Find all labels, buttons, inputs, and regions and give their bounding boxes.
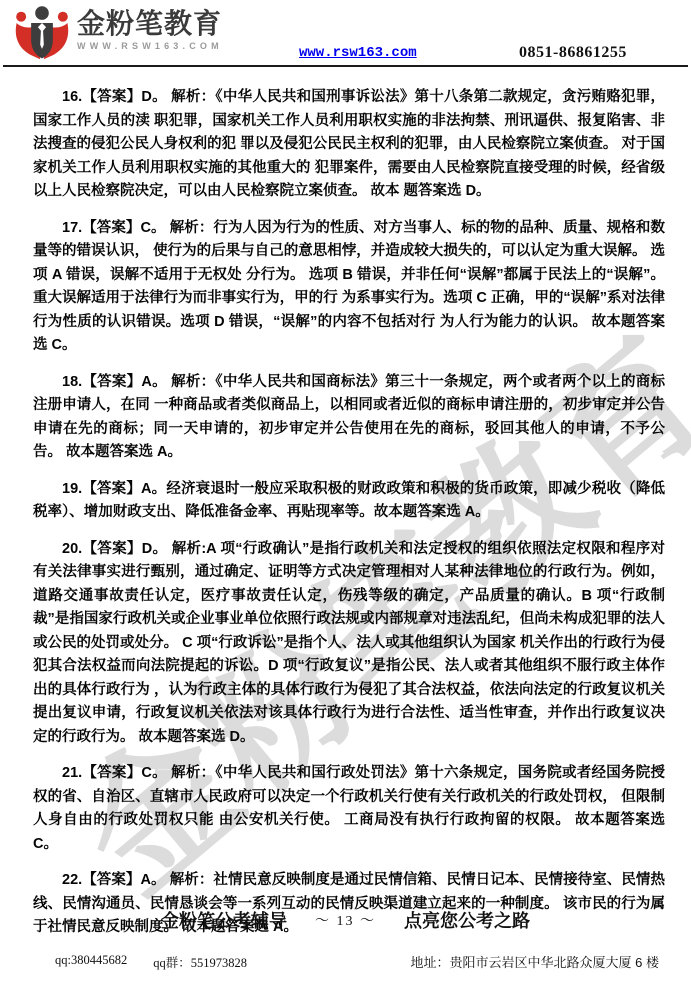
phone-number: 0851-86861255: [519, 44, 627, 62]
page-number: ～ 13 ～: [315, 910, 376, 930]
qq-group-number: qq群：551973828: [153, 953, 247, 971]
answer-paragraph-21: 21.【答案】C。 解析：《中华人民共和国行政处罚法》第十六条规定，国务院或者经…: [33, 762, 665, 856]
brand-logo: 金粉笔教育 WWW.RSW163.COM: [13, 5, 223, 61]
header-divider: [3, 65, 688, 67]
qq-number: qq:380445682: [55, 953, 127, 971]
answer-paragraph-16: 16.【答案】D。 解析：《中华人民共和国刑事诉讼法》第十八条第二款规定，贪污贿…: [33, 86, 665, 204]
answers-section: 16.【答案】D。 解析：《中华人民共和国刑事诉讼法》第十八条第二款规定，贪污贿…: [0, 86, 691, 953]
answer-paragraph-17: 17.【答案】C。 解析：行为人因为行为的性质、对方当事人、标的物的品种、质量、…: [33, 217, 665, 358]
answer-paragraph-19: 19.【答案】A。经济衰退时一般应采取积极的财政政策和积极的货币政策，即减少税收…: [33, 478, 665, 525]
brand-text-block: 金粉笔教育 WWW.RSW163.COM: [77, 5, 223, 51]
footer-address: 地址：贵阳市云岩区中华北路众厦大厦 6 楼: [411, 952, 659, 971]
answer-paragraph-18: 18.【答案】A。 解析：《中华人民共和国商标法》第三十一条规定，两个或者两个以…: [33, 371, 665, 465]
brand-site-caption: WWW.RSW163.COM: [77, 41, 223, 51]
page-header: 金粉笔教育 WWW.RSW163.COM www.rsw163.com 0851…: [0, 0, 691, 67]
website-link[interactable]: www.rsw163.com: [299, 45, 417, 61]
footer-tagline-row: 金粉笔公考辅导 ～ 13 ～ 点亮您公考之路: [0, 907, 691, 933]
footer-brand: 金粉笔公考辅导: [161, 907, 287, 933]
brand-logo-icon: [13, 5, 71, 61]
footer-qq-block: qq:380445682 qq群：551973828: [55, 953, 247, 971]
brand-name: 金粉笔教育: [77, 9, 223, 39]
footer-slogan: 点亮您公考之路: [404, 907, 530, 933]
answer-paragraph-20: 20.【答案】D。 解析:A 项“行政确认”是指行政机关和法定授权的组织依照法定…: [33, 538, 665, 750]
